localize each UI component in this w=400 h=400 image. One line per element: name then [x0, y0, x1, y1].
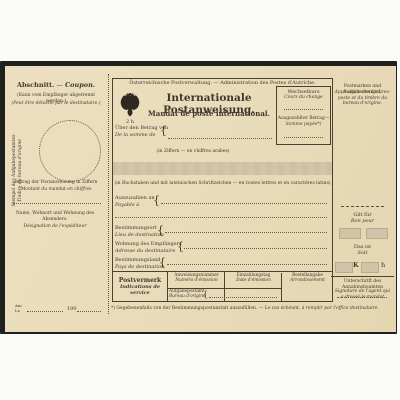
coupon-title-fr: Coupon.: [65, 81, 95, 89]
signature-divider: [331, 276, 394, 277]
screenshot-root: Abschnitt. — Coupon. (Kann vom Empfänger…: [0, 0, 400, 400]
coupon-sender-label-de: Name, Wohnort und Wohnung des Absenders.: [12, 211, 98, 222]
coupon-date-line-2[interactable]: [77, 311, 101, 312]
payable-line-1[interactable]: [161, 203, 327, 204]
double-headed-eagle-icon: [119, 92, 141, 118]
stamps-caption-fr: Application des timbres-poste et du timb…: [333, 90, 392, 107]
destination-country-line[interactable]: [167, 264, 327, 265]
figures-note: (in Ziffern — en chiffres arabes): [113, 149, 273, 155]
heller-field[interactable]: [361, 262, 379, 273]
coupon-title: Abschnitt. — Coupon.: [7, 81, 105, 89]
destination-country-label-de: Bestimmungsland: [115, 257, 161, 263]
destination-place-line[interactable]: [165, 232, 327, 233]
main-form-section: Österreichische Postverwaltung. — Admini…: [112, 78, 333, 302]
origin-office-line[interactable]: [209, 297, 277, 298]
coupon-date-row: Am Le 190: [15, 304, 103, 316]
coupon-amount-label-de: Betrag der Postanweisung in Ziffern: [7, 180, 105, 186]
destination-place-brace: {: [157, 225, 164, 236]
exchange-rate-box: Wechselkurs Cours du change Ausgezahlter…: [276, 86, 331, 145]
order-number-label-fr: Numéro d'émission: [168, 278, 225, 283]
kronen-symbol: K: [353, 261, 359, 269]
kronen-field[interactable]: [335, 262, 353, 273]
payable-label-de: Auszuzahlen an: [115, 195, 155, 201]
coupon-title-sep: —: [56, 81, 63, 89]
footnote-sep: —: [259, 306, 264, 311]
district-label-fr: Arrondissement: [282, 278, 333, 283]
form-title-fr: Mandat de poste international.: [139, 109, 279, 118]
coupon-amount-label-fr: Montant du mandat en chiffres: [7, 187, 105, 193]
heller-symbol: h: [381, 261, 385, 269]
words-note: (in Buchstaben und mit lateinischen Schr…: [113, 181, 332, 187]
service-indications-table: Postvermerk Indications de service Anwei…: [113, 271, 332, 302]
destination-place-label-de: Bestimmungsort: [115, 225, 157, 231]
service-label-de: Postvermerk: [113, 277, 167, 284]
origin-office-brace: {: [203, 289, 208, 300]
amount-brace: {: [160, 125, 167, 136]
valid-for-field-1[interactable]: [339, 228, 361, 239]
payable-line-2[interactable]: [115, 217, 327, 218]
clerk-signature-line[interactable]: [337, 297, 387, 298]
recipient-address-label-fr: Adresse du destinataire: [115, 248, 175, 254]
valid-for-field-2[interactable]: [366, 228, 388, 239]
coupon-note-fr: (Peut être détaché par le destinataire.): [7, 101, 105, 107]
equivalent-label-fr: Soit: [331, 250, 394, 256]
recipient-address-line[interactable]: [184, 248, 327, 249]
district-cell: Bestellangabe Arrondissement: [281, 273, 333, 302]
recipient-address-brace: {: [177, 241, 184, 252]
paid-amount-label-fr: Somme payée*): [277, 122, 330, 128]
payment-date-label-fr: Date d'émission: [225, 278, 282, 283]
clerk-signature-label-fr: Signature de l'agent qui a dressé le man…: [333, 289, 392, 300]
exchange-rate-label-fr: Cours du change: [277, 95, 330, 101]
exchange-rate-line[interactable]: [284, 109, 323, 110]
coupon-date-prefix-fr: Le: [15, 309, 22, 314]
postal-money-order-form: Abschnitt. — Coupon. (Kann vom Empfänger…: [5, 66, 396, 332]
coupon-date-line[interactable]: [27, 311, 63, 312]
amount-figures-line[interactable]: [168, 138, 272, 139]
stamps-column: Postmarken und Aufgabestempel, Applicati…: [331, 78, 394, 300]
coupon-date-year: 190: [67, 306, 77, 312]
paid-amount-label-de: Ausgezahlter Betrag—: [277, 116, 330, 122]
coupon-sender-label-fr: Désignation de l'expéditeur: [12, 224, 98, 230]
payable-label-fr: Payable à: [115, 202, 139, 208]
coupon-amount-line[interactable]: [13, 203, 101, 204]
paid-amount-line[interactable]: [284, 137, 323, 138]
stamps-divider: [341, 206, 384, 207]
origin-office-label: Aufgabepostamt Bureau d'origine: [169, 289, 206, 299]
amount-words-band[interactable]: [113, 162, 332, 175]
amount-label-fr: De la somme de: [115, 132, 156, 138]
coupon-date-prefix: Am Le: [15, 304, 22, 313]
origin-office-label-fr: Bureau d'origine: [169, 294, 206, 299]
destination-country-label-fr: Pays de destination: [115, 264, 164, 270]
perforation-line: [108, 74, 109, 314]
payable-brace: {: [153, 195, 160, 206]
service-label-fr: Indications de service: [113, 284, 167, 296]
recipient-address-label-de: Wohnung des Empfängers: [115, 241, 182, 247]
service-label: Postvermerk Indications de service: [113, 277, 167, 296]
destination-country-brace: {: [159, 257, 166, 268]
coupon-title-de: Abschnitt.: [17, 81, 54, 89]
origin-office-row: Aufgabepostamt Bureau d'origine {: [169, 289, 281, 301]
valid-for-label-fr: Bon pour: [331, 218, 394, 224]
footnote-fr: Le cas échéant, à remplir par l'office d…: [265, 306, 379, 311]
footnote-de: *) Gegebenenfalls von der Bestimmungspos…: [111, 306, 257, 311]
footnote: *) Gegebenenfalls von der Bestimmungspos…: [111, 306, 395, 312]
origin-stamp-circle: [39, 120, 101, 182]
